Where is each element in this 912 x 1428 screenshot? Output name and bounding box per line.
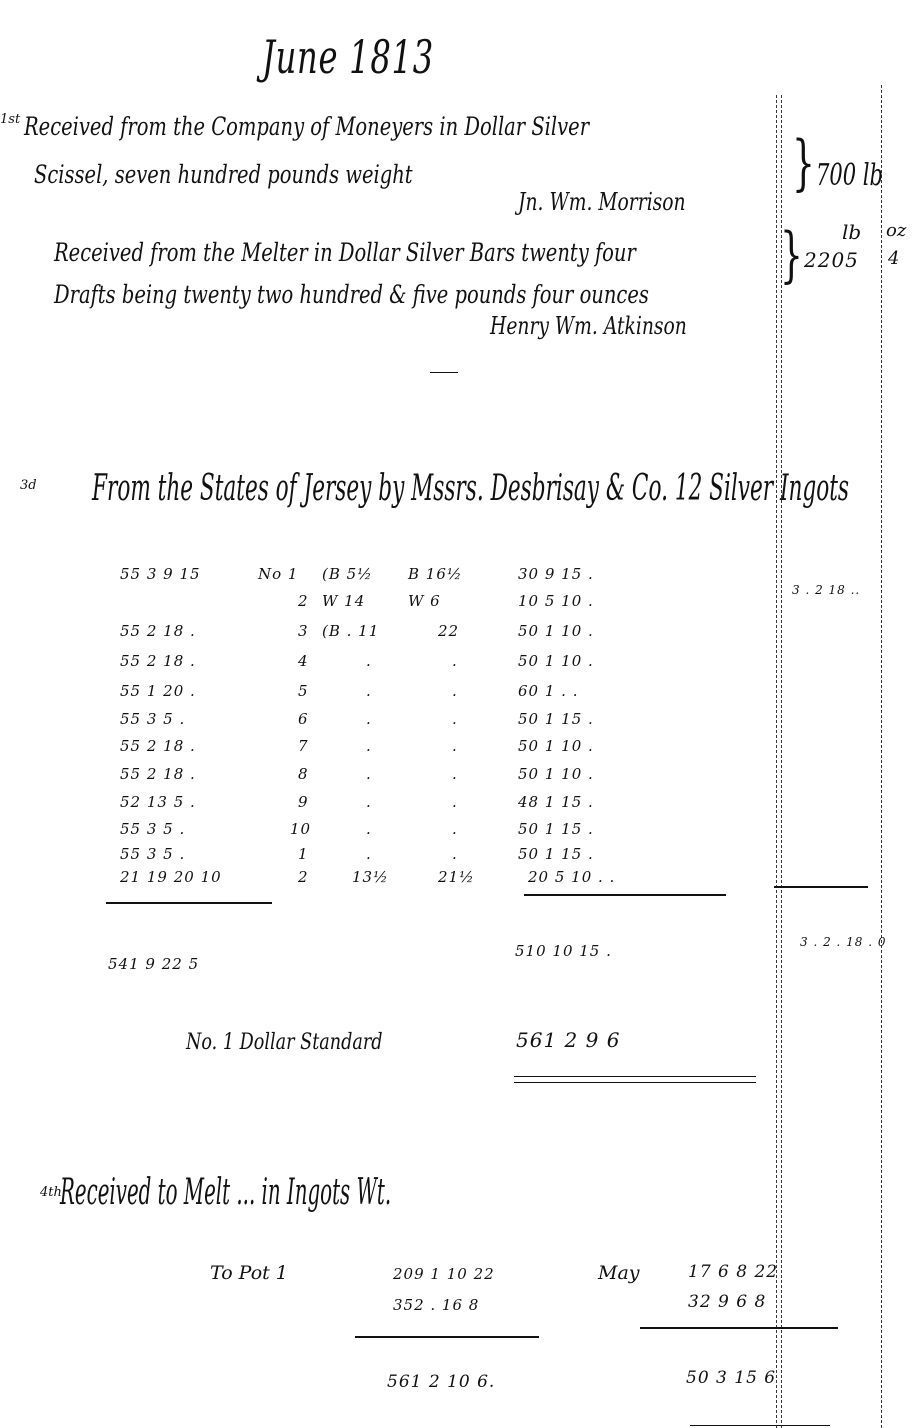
margin-rule-outer	[881, 85, 882, 1428]
section3-heading: Received to Melt ... in Ingots Wt.	[60, 1172, 391, 1213]
entry2-line2: Drafts being twenty two hundred & five p…	[54, 280, 649, 309]
section3-left-value-2: 352 . 16 8	[393, 1296, 479, 1314]
section3-left-value-1: 209 1 10 22	[393, 1265, 495, 1283]
section2-margin-total: 3 . 2 . 18 . 0	[800, 935, 887, 949]
entry-separator	[430, 372, 458, 373]
standard-double-rule-1	[514, 1076, 756, 1077]
entry2-signature: Henry Wm. Atkinson	[490, 312, 687, 340]
section2-left-rule	[106, 902, 272, 904]
entry2-amount-oz: 4	[888, 248, 900, 269]
entry1-day: 1st	[0, 112, 20, 127]
entry2-unit-lb: lb	[842, 220, 861, 244]
section2-day: 3d	[20, 478, 37, 493]
section3-left-label: To Pot 1	[210, 1262, 288, 1284]
section3-left-rule	[355, 1336, 539, 1338]
page-title: June 1813	[262, 30, 434, 84]
standard-label: No. 1 Dollar Standard	[186, 1030, 383, 1055]
entry1-brace: }	[792, 128, 815, 198]
section3-right-value-1: 17 6 8 22	[688, 1262, 778, 1282]
entry2-brace: }	[780, 220, 803, 290]
section2-right-rule	[524, 894, 726, 896]
section3-day: 4th	[40, 1185, 62, 1200]
entry1-signature: Jn. Wm. Morrison	[518, 188, 686, 216]
section2-margin-top: 3 . 2 18 ..	[792, 583, 860, 597]
margin-rule-double-left	[776, 95, 777, 1428]
entry1-line1: Received from the Company of Moneyers in…	[24, 112, 589, 141]
entry1-amount: 700 lb	[816, 158, 883, 193]
entry1-line2: Scissel, seven hundred pounds weight	[34, 160, 413, 189]
entry2-line1: Received from the Melter in Dollar Silve…	[54, 238, 636, 267]
section2-right-total: 510 10 15 .	[515, 942, 612, 960]
section3-right-value-2: 32 9 6 8	[688, 1292, 766, 1312]
section3-bottom-rule	[690, 1425, 830, 1426]
section2-heading: From the States of Jersey by Mssrs. Desb…	[92, 468, 849, 509]
section3-left-total: 561 2 10 6.	[387, 1372, 495, 1392]
section2-left-total: 541 9 22 5	[108, 955, 199, 973]
section3-right-label: May	[598, 1262, 640, 1284]
entry2-amount-lb: 2205	[804, 248, 859, 272]
standard-double-rule-2	[514, 1082, 756, 1083]
section2-margin-rule	[774, 886, 868, 888]
section3-right-rule	[640, 1327, 838, 1329]
entry2-unit-oz: oz	[886, 220, 906, 241]
section3-right-total: 50 3 15 6	[686, 1368, 776, 1388]
standard-value: 561 2 9 6	[516, 1028, 620, 1052]
margin-rule-double-right	[781, 95, 782, 1428]
